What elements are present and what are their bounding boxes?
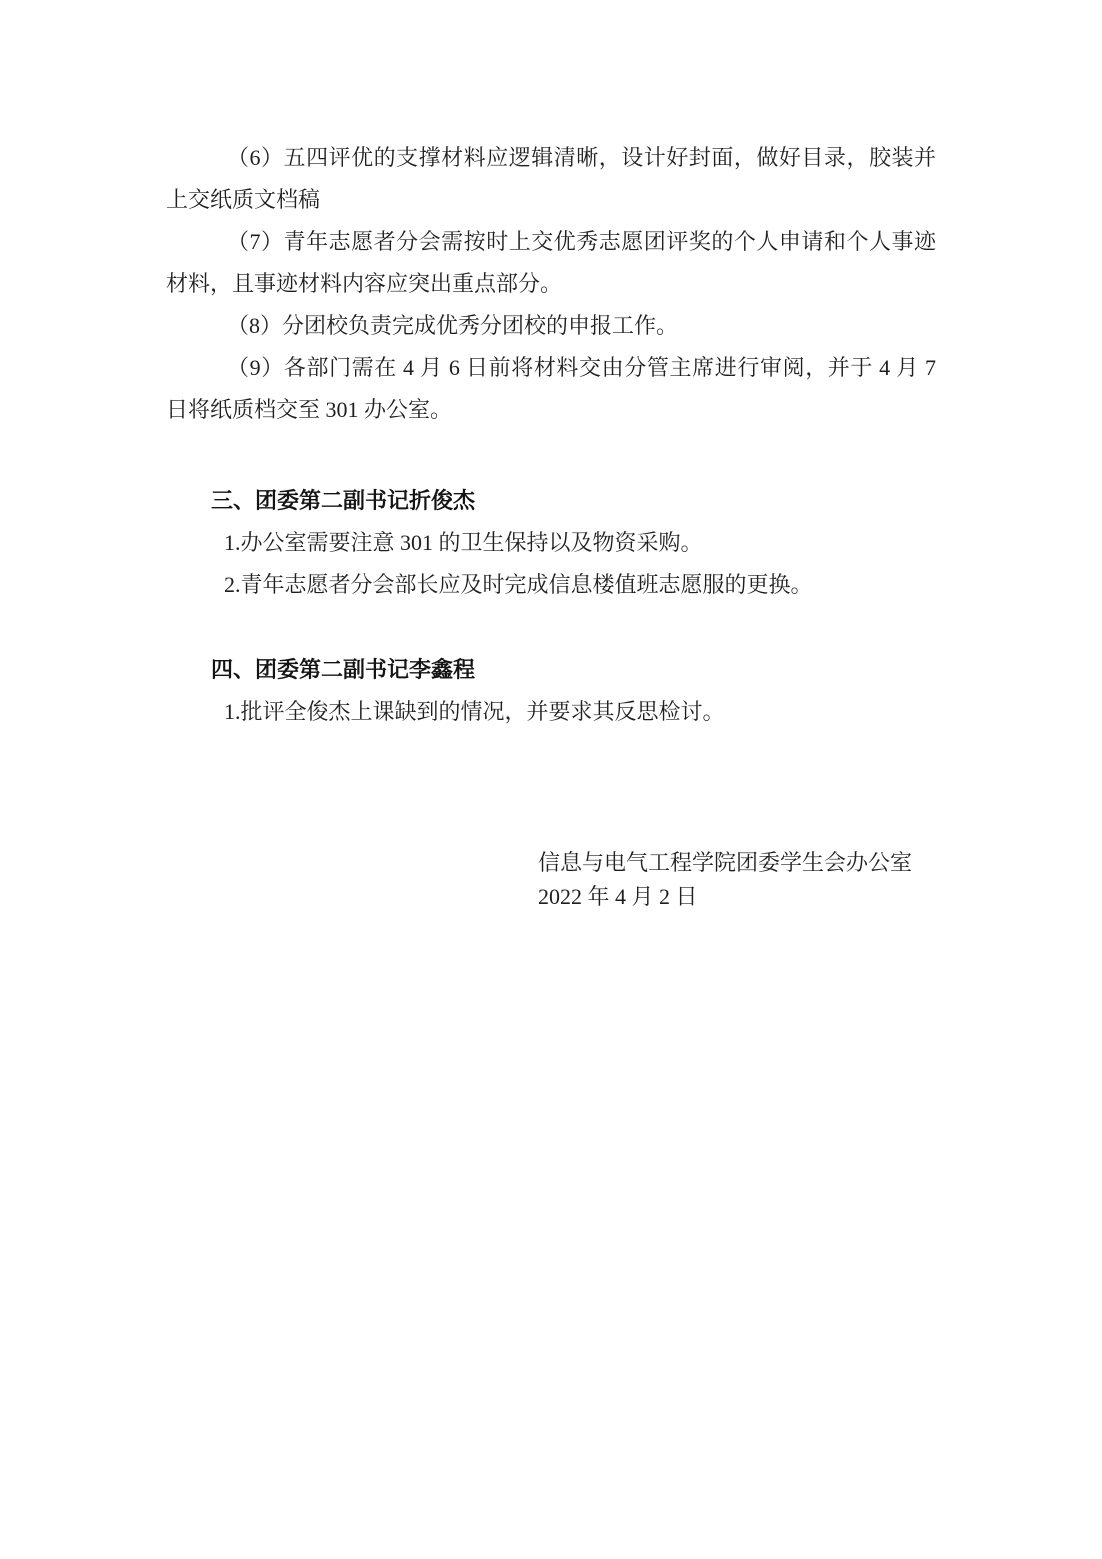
- paragraph-6-line-2: 上交纸质文档稿: [166, 179, 936, 221]
- paragraph-6-line-1: （6）五四评优的支撑材料应逻辑清晰，设计好封面，做好目录，胶装并: [166, 137, 936, 179]
- section-4-item-1: 1.批评全俊杰上课缺到的情况，并要求其反思检讨。: [166, 691, 936, 733]
- paragraph-7-line-2: 材料，且事迹材料内容应突出重点部分。: [166, 263, 936, 305]
- section-4-heading: 四、团委第二副书记李鑫程: [166, 649, 936, 691]
- document-page: （6）五四评优的支撑材料应逻辑清晰，设计好封面，做好目录，胶装并 上交纸质文档稿…: [0, 0, 1102, 1559]
- paragraph-9-line-1: （9）各部门需在 4 月 6 日前将材料交由分管主席进行审阅，并于 4 月 7: [166, 347, 936, 389]
- section-3-item-1: 1.办公室需要注意 301 的卫生保持以及物资采购。: [166, 522, 936, 564]
- section-3-item-2: 2.青年志愿者分会部长应及时完成信息楼值班志愿服的更换。: [166, 564, 936, 606]
- signature-block: 信息与电气工程学院团委学生会办公室 2022 年 4 月 2 日: [166, 846, 936, 914]
- paragraph-7-line-1: （7）青年志愿者分会需按时上交优秀志愿团评奖的个人申请和个人事迹: [166, 221, 936, 263]
- paragraph-8-line-1: （8）分团校负责完成优秀分团校的申报工作。: [166, 305, 936, 347]
- section-3-heading: 三、团委第二副书记折俊杰: [166, 480, 936, 522]
- signature-date: 2022 年 4 月 2 日: [538, 880, 936, 914]
- blank-line-spacer: [166, 606, 936, 649]
- paragraph-9-line-2: 日将纸质档交至 301 办公室。: [166, 389, 936, 431]
- signature-organization: 信息与电气工程学院团委学生会办公室: [538, 846, 936, 880]
- document-content: （6）五四评优的支撑材料应逻辑清晰，设计好封面，做好目录，胶装并 上交纸质文档稿…: [166, 137, 936, 914]
- blank-line-spacer: [166, 431, 936, 480]
- signature-gap-spacer: [166, 733, 936, 846]
